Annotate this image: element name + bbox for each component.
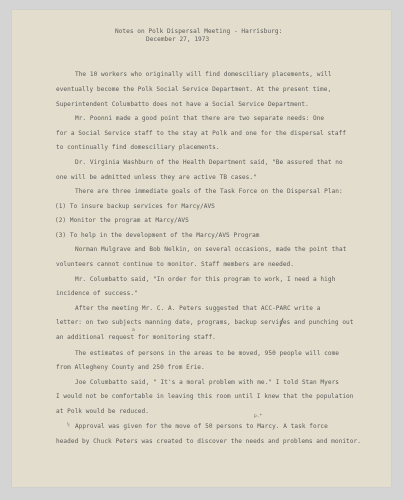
document-title: Notes on Polk Dispersal Meeting - Harris… [115, 28, 282, 35]
paragraph-line: Mr. Columbatto said, "In order for this … [75, 276, 335, 283]
paragraph-line: an additional request for monitoring sta… [56, 334, 216, 341]
document-date: December 27, 1973 [146, 36, 209, 43]
paragraph-line: Superintendent Columbatto does not have … [56, 101, 309, 108]
paragraph-line: headed by Chuck Peters was created to di… [56, 438, 361, 445]
paragraph-line: from Allegheny County and 250 from Erie. [56, 364, 205, 371]
paragraph-line: After the meeting Mr. C. A. Peters sugge… [75, 305, 320, 312]
paragraph-line: Dr. Virginia Washburn of the Health Depa… [75, 159, 343, 166]
list-item: (1) To insure backup services for Marcy/… [55, 203, 215, 210]
paragraph-line: There are three immediate goals of the T… [75, 188, 343, 195]
paragraph-line: eventually become the Polk Social Servic… [56, 86, 331, 93]
paragraph-line: one will be admitted unless they are act… [56, 174, 257, 181]
paragraph-line: letter: on two subjects manning date, pr… [56, 319, 354, 326]
document-page: Notes on Polk Dispersal Meeting - Harris… [12, 10, 391, 487]
paragraph-line: Approval was given for the move of 50 pe… [75, 423, 328, 430]
list-item: (2) Monitor the program at Marcy/AVS [55, 217, 189, 224]
handwritten-a-annotation: a [132, 328, 135, 333]
paragraph-line: Joe Columbatto said, " It's a moral prob… [75, 379, 339, 386]
paragraph-line: Mr. Poonni made a good point that there … [75, 115, 324, 122]
paragraph-line: I would not be comfortable in leaving th… [56, 393, 354, 400]
paragraph-line: to continually find domesciliary placeme… [56, 144, 220, 151]
paragraph-line: at Polk would be reduced. [56, 408, 149, 415]
approval-marker-annotation: ½ [67, 423, 70, 428]
paragraph-line: volunteers cannot continue to monitor. S… [56, 261, 294, 268]
paragraph-line: The estimates of persons in the areas to… [75, 350, 339, 357]
list-item: (3) To help in the development of the Ma… [55, 232, 260, 239]
paragraph-line: incidence of success." [56, 290, 138, 297]
paragraph-line: The 10 workers who originally will find … [75, 71, 332, 78]
marcy-note-annotation: p.* [254, 414, 262, 419]
paragraph-line: for a Social Service staff to the stay a… [56, 130, 346, 137]
paragraph-line: Norman Mulgrave and Bob Nelkin, on sever… [75, 246, 346, 253]
